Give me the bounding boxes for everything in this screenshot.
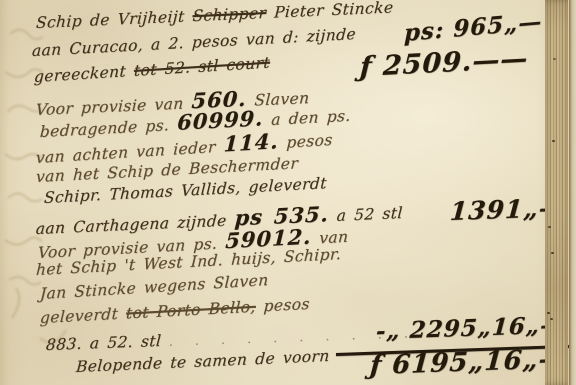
ink-specks — [0, 0, 3, 2]
amount-pesos-965: ps: 965„— — [404, 8, 543, 47]
line-text-struck: Schipper — [192, 4, 267, 25]
page-edge-striations — [545, 0, 568, 385]
manuscript-page: Schip de Vrijheijt Schipper Pieter Stinc… — [0, 0, 576, 385]
line-number: 114. — [223, 128, 279, 156]
page-edge-highlight — [569, 0, 576, 385]
line-text-struck: tot 52. stl court — [134, 54, 271, 80]
line-text: pesos — [278, 131, 333, 152]
line-text: Pieter Stincke — [266, 0, 394, 22]
amount-guilders-2509: ƒ 2509.—— — [359, 43, 529, 83]
line-text-struck: tot Porto Bello, — [126, 298, 257, 323]
line-text: pesos — [255, 295, 310, 316]
line-text: 883. a 52. stl — [45, 332, 162, 354]
book-page-edge — [536, 0, 576, 385]
